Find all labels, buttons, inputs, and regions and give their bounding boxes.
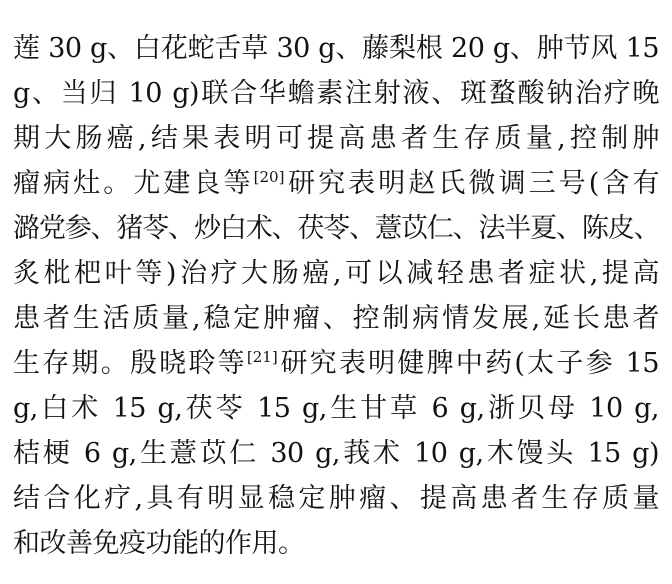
text-segment: 桔梗 6 g,生薏苡仁 30 g,莪术 10 g,木馒头 15 g) xyxy=(13,438,659,469)
text-segment: 生存期。殷晓聆等 xyxy=(13,348,247,379)
text-line: 潞党参、猪苓、炒白术、茯苓、薏苡仁、法半夏、陈皮、 xyxy=(13,206,659,251)
text-segment: g、当归 10 g)联合华蟾素注射液、斑蝥酸钠治疗晚 xyxy=(13,78,659,109)
citation-ref-21: [21] xyxy=(247,348,278,366)
text-line: 生存期。殷晓聆等[21]研究表明健脾中药(太子参 15 xyxy=(13,341,659,386)
text-segment: 结合化疗,具有明显稳定肿瘤、提高患者生存质量 xyxy=(13,483,659,514)
text-segment: 研究表明健脾中药(太子参 15 xyxy=(278,348,659,379)
text-line: 瘤病灶。尤建良等[20]研究表明赵氏微调三号(含有 xyxy=(13,161,659,206)
text-line: g、当归 10 g)联合华蟾素注射液、斑蝥酸钠治疗晚 xyxy=(13,71,659,116)
text-segment: 炙枇杷叶等)治疗大肠癌,可以减轻患者症状,提高 xyxy=(13,258,659,289)
text-line: 期大肠癌,结果表明可提高患者生存质量,控制肿 xyxy=(13,116,659,161)
text-segment: 莲 30 g、白花蛇舌草 30 g、藤梨根 20 g、肿节风 15 xyxy=(13,33,659,64)
text-line: 炙枇杷叶等)治疗大肠癌,可以减轻患者症状,提高 xyxy=(13,251,659,296)
text-segment: 期大肠癌,结果表明可提高患者生存质量,控制肿 xyxy=(13,123,659,154)
text-segment: 研究表明赵氏微调三号(含有 xyxy=(284,168,659,199)
text-line: g,白术 15 g,茯苓 15 g,生甘草 6 g,浙贝母 10 g, xyxy=(13,386,659,431)
text-segment: 瘤病灶。尤建良等 xyxy=(13,168,254,199)
text-segment: 和改善免疫功能的作用。 xyxy=(13,528,305,559)
scanned-document-page: 莲 30 g、白花蛇舌草 30 g、藤梨根 20 g、肿节风 15 g、当归 1… xyxy=(0,0,672,584)
text-line: 结合化疗,具有明显稳定肿瘤、提高患者生存质量 xyxy=(13,476,659,521)
text-line: 患者生活质量,稳定肿瘤、控制病情发展,延长患者 xyxy=(13,296,659,341)
text-segment: g,白术 15 g,茯苓 15 g,生甘草 6 g,浙贝母 10 g, xyxy=(13,393,659,424)
text-line: 和改善免疫功能的作用。 xyxy=(13,521,659,566)
citation-ref-20: [20] xyxy=(254,168,285,186)
text-segment: 患者生活质量,稳定肿瘤、控制病情发展,延长患者 xyxy=(13,303,659,334)
text-segment: 潞党参、猪苓、炒白术、茯苓、薏苡仁、法半夏、陈皮、 xyxy=(13,213,659,244)
text-line: 莲 30 g、白花蛇舌草 30 g、藤梨根 20 g、肿节风 15 xyxy=(13,26,659,71)
text-line: 桔梗 6 g,生薏苡仁 30 g,莪术 10 g,木馒头 15 g) xyxy=(13,431,659,476)
